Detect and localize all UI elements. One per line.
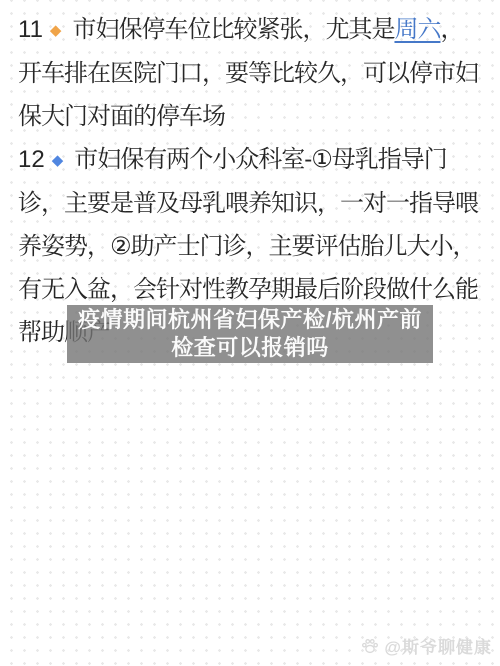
item-11-number: 11 — [18, 16, 43, 43]
list-item-11: 11◆市妇保停车位比较紧张，尤其是周六，开车排在医院门口，要等比较久，可以停市妇… — [18, 8, 482, 138]
item-12-number: 12 — [18, 146, 45, 173]
banner-title-line2: 检查可以报销吗 — [171, 334, 329, 362]
diamond-bullet-icon: ◆ — [52, 152, 64, 169]
diamond-bullet-icon: ◆ — [50, 22, 62, 39]
article-content: 11◆市妇保停车位比较紧张，尤其是周六，开车排在医院门口，要等比较久，可以停市妇… — [18, 8, 482, 354]
watermark-text: @斯爷聊健康 — [384, 633, 492, 658]
title-overlay-banner: 疫情期间杭州省妇保产检/杭州产前 检查可以报销吗 — [67, 305, 433, 363]
saturday-link[interactable]: 周六 — [394, 16, 440, 43]
item-11-text-before-link: 市妇保停车位比较紧张，尤其是 — [72, 16, 394, 43]
banner-title-line1: 疫情期间杭州省妇保产检/杭州产前 — [78, 306, 422, 334]
paw-icon — [360, 636, 380, 656]
watermark: @斯爷聊健康 — [360, 633, 492, 658]
